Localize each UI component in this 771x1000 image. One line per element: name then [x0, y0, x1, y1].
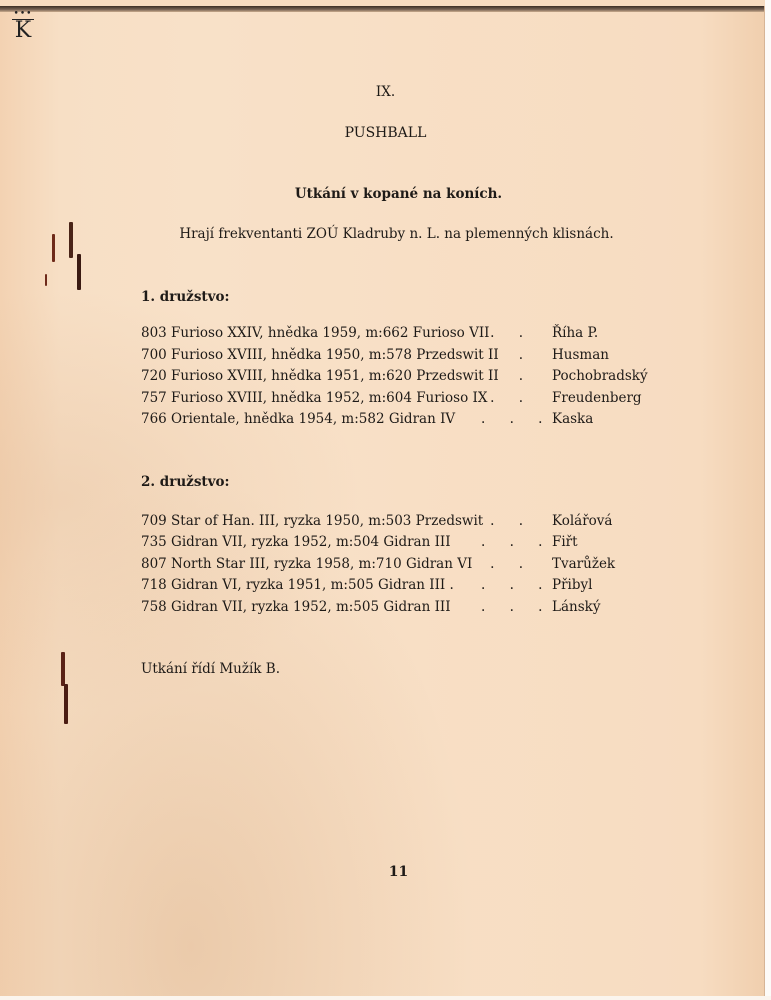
list-item: 757 Furioso XVIII, hnědka 1952, m:604 Fu…	[141, 390, 661, 406]
list-item: 735 Gidran VII, ryzka 1952, m:504 Gidran…	[141, 534, 661, 550]
list-item: 709 Star of Han. III, ryzka 1950, m:503 …	[141, 513, 661, 529]
list-item: 720 Furioso XVIII, hnědka 1951, m:620 Pr…	[141, 368, 661, 384]
horse-description: 735 Gidran VII, ryzka 1952, m:504 Gidran…	[141, 534, 451, 550]
list-item: 700 Furioso XVIII, hnědka 1950, m:578 Pr…	[141, 347, 661, 363]
binding-mark	[77, 254, 81, 290]
dot-leaders: . .	[481, 513, 533, 529]
horse-description: 709 Star of Han. III, ryzka 1950, m:503 …	[141, 513, 483, 529]
rider-name: Lánský	[552, 599, 600, 615]
binding-mark	[61, 652, 65, 686]
rider-name: Freudenberg	[552, 390, 642, 406]
page-number: 11	[13, 864, 771, 880]
rider-name: Tvarůžek	[552, 556, 615, 572]
list-item: 803 Furioso XXIV, hnědka 1959, m:662 Fur…	[141, 325, 661, 341]
horse-description: 700 Furioso XVIII, hnědka 1950, m:578 Pr…	[141, 347, 499, 363]
rider-name: Kolářová	[552, 513, 612, 529]
scan-margin-bottom	[0, 996, 771, 1000]
rider-name: Kaska	[552, 411, 593, 427]
dot-leaders: . .	[481, 556, 533, 572]
subtitle: Utkání v kopané na koních.	[13, 186, 771, 202]
horse-description: 766 Orientale, hnědka 1954, m:582 Gidran…	[141, 411, 455, 427]
list-item: 718 Gidran VI, ryzka 1951, m:505 Gidran …	[141, 577, 661, 593]
dot-leaders: . . .	[481, 577, 533, 593]
rider-name: Fiřt	[552, 534, 578, 550]
horse-description: 758 Gidran VII, ryzka 1952, m:505 Gidran…	[141, 599, 451, 615]
horse-description: 757 Furioso XVIII, hnědka 1952, m:604 Fu…	[141, 390, 487, 406]
rider-name: Pochobradský	[552, 368, 648, 384]
team-2-heading: 2. družstvo:	[141, 474, 230, 490]
dot-leaders: . . .	[481, 599, 533, 615]
horse-description: 718 Gidran VI, ryzka 1951, m:505 Gidran …	[141, 577, 454, 593]
list-item: 807 North Star III, ryzka 1958, m:710 Gi…	[141, 556, 661, 572]
chapter-title: PUSHBALL	[0, 125, 771, 141]
referee-note: Utkání řídí Mužík B.	[141, 661, 280, 677]
k-logo-icon: K	[12, 21, 34, 41]
binding-mark	[45, 274, 47, 286]
horse-description: 803 Furioso XXIV, hnědka 1959, m:662 Fur…	[141, 325, 490, 341]
horse-description: 807 North Star III, ryzka 1958, m:710 Gi…	[141, 556, 472, 572]
chapter-number: IX.	[0, 84, 771, 100]
horse-description: 720 Furioso XVIII, hnědka 1951, m:620 Pr…	[141, 368, 499, 384]
team-1-heading: 1. družstvo:	[141, 289, 230, 305]
rider-name: Husman	[552, 347, 609, 363]
page-top-edge	[0, 6, 764, 12]
dot-leaders: . .	[481, 325, 533, 341]
dot-leaders: .	[481, 347, 533, 363]
intro-text: Hrají frekventanti ZOÚ Kladruby n. L. na…	[11, 226, 771, 242]
list-item: 766 Orientale, hnědka 1954, m:582 Gidran…	[141, 411, 661, 427]
scan-margin-right	[765, 0, 771, 1000]
dot-leaders: .	[481, 368, 533, 384]
library-logo: ••• K	[12, 10, 34, 41]
dot-leaders: . .	[481, 390, 533, 406]
dot-leaders: . . .	[481, 411, 533, 427]
rider-name: Přibyl	[552, 577, 592, 593]
list-item: 758 Gidran VII, ryzka 1952, m:505 Gidran…	[141, 599, 661, 615]
binding-mark	[64, 684, 68, 724]
document-page	[0, 6, 765, 997]
dot-leaders: . . .	[481, 534, 533, 550]
rider-name: Říha P.	[552, 325, 598, 341]
